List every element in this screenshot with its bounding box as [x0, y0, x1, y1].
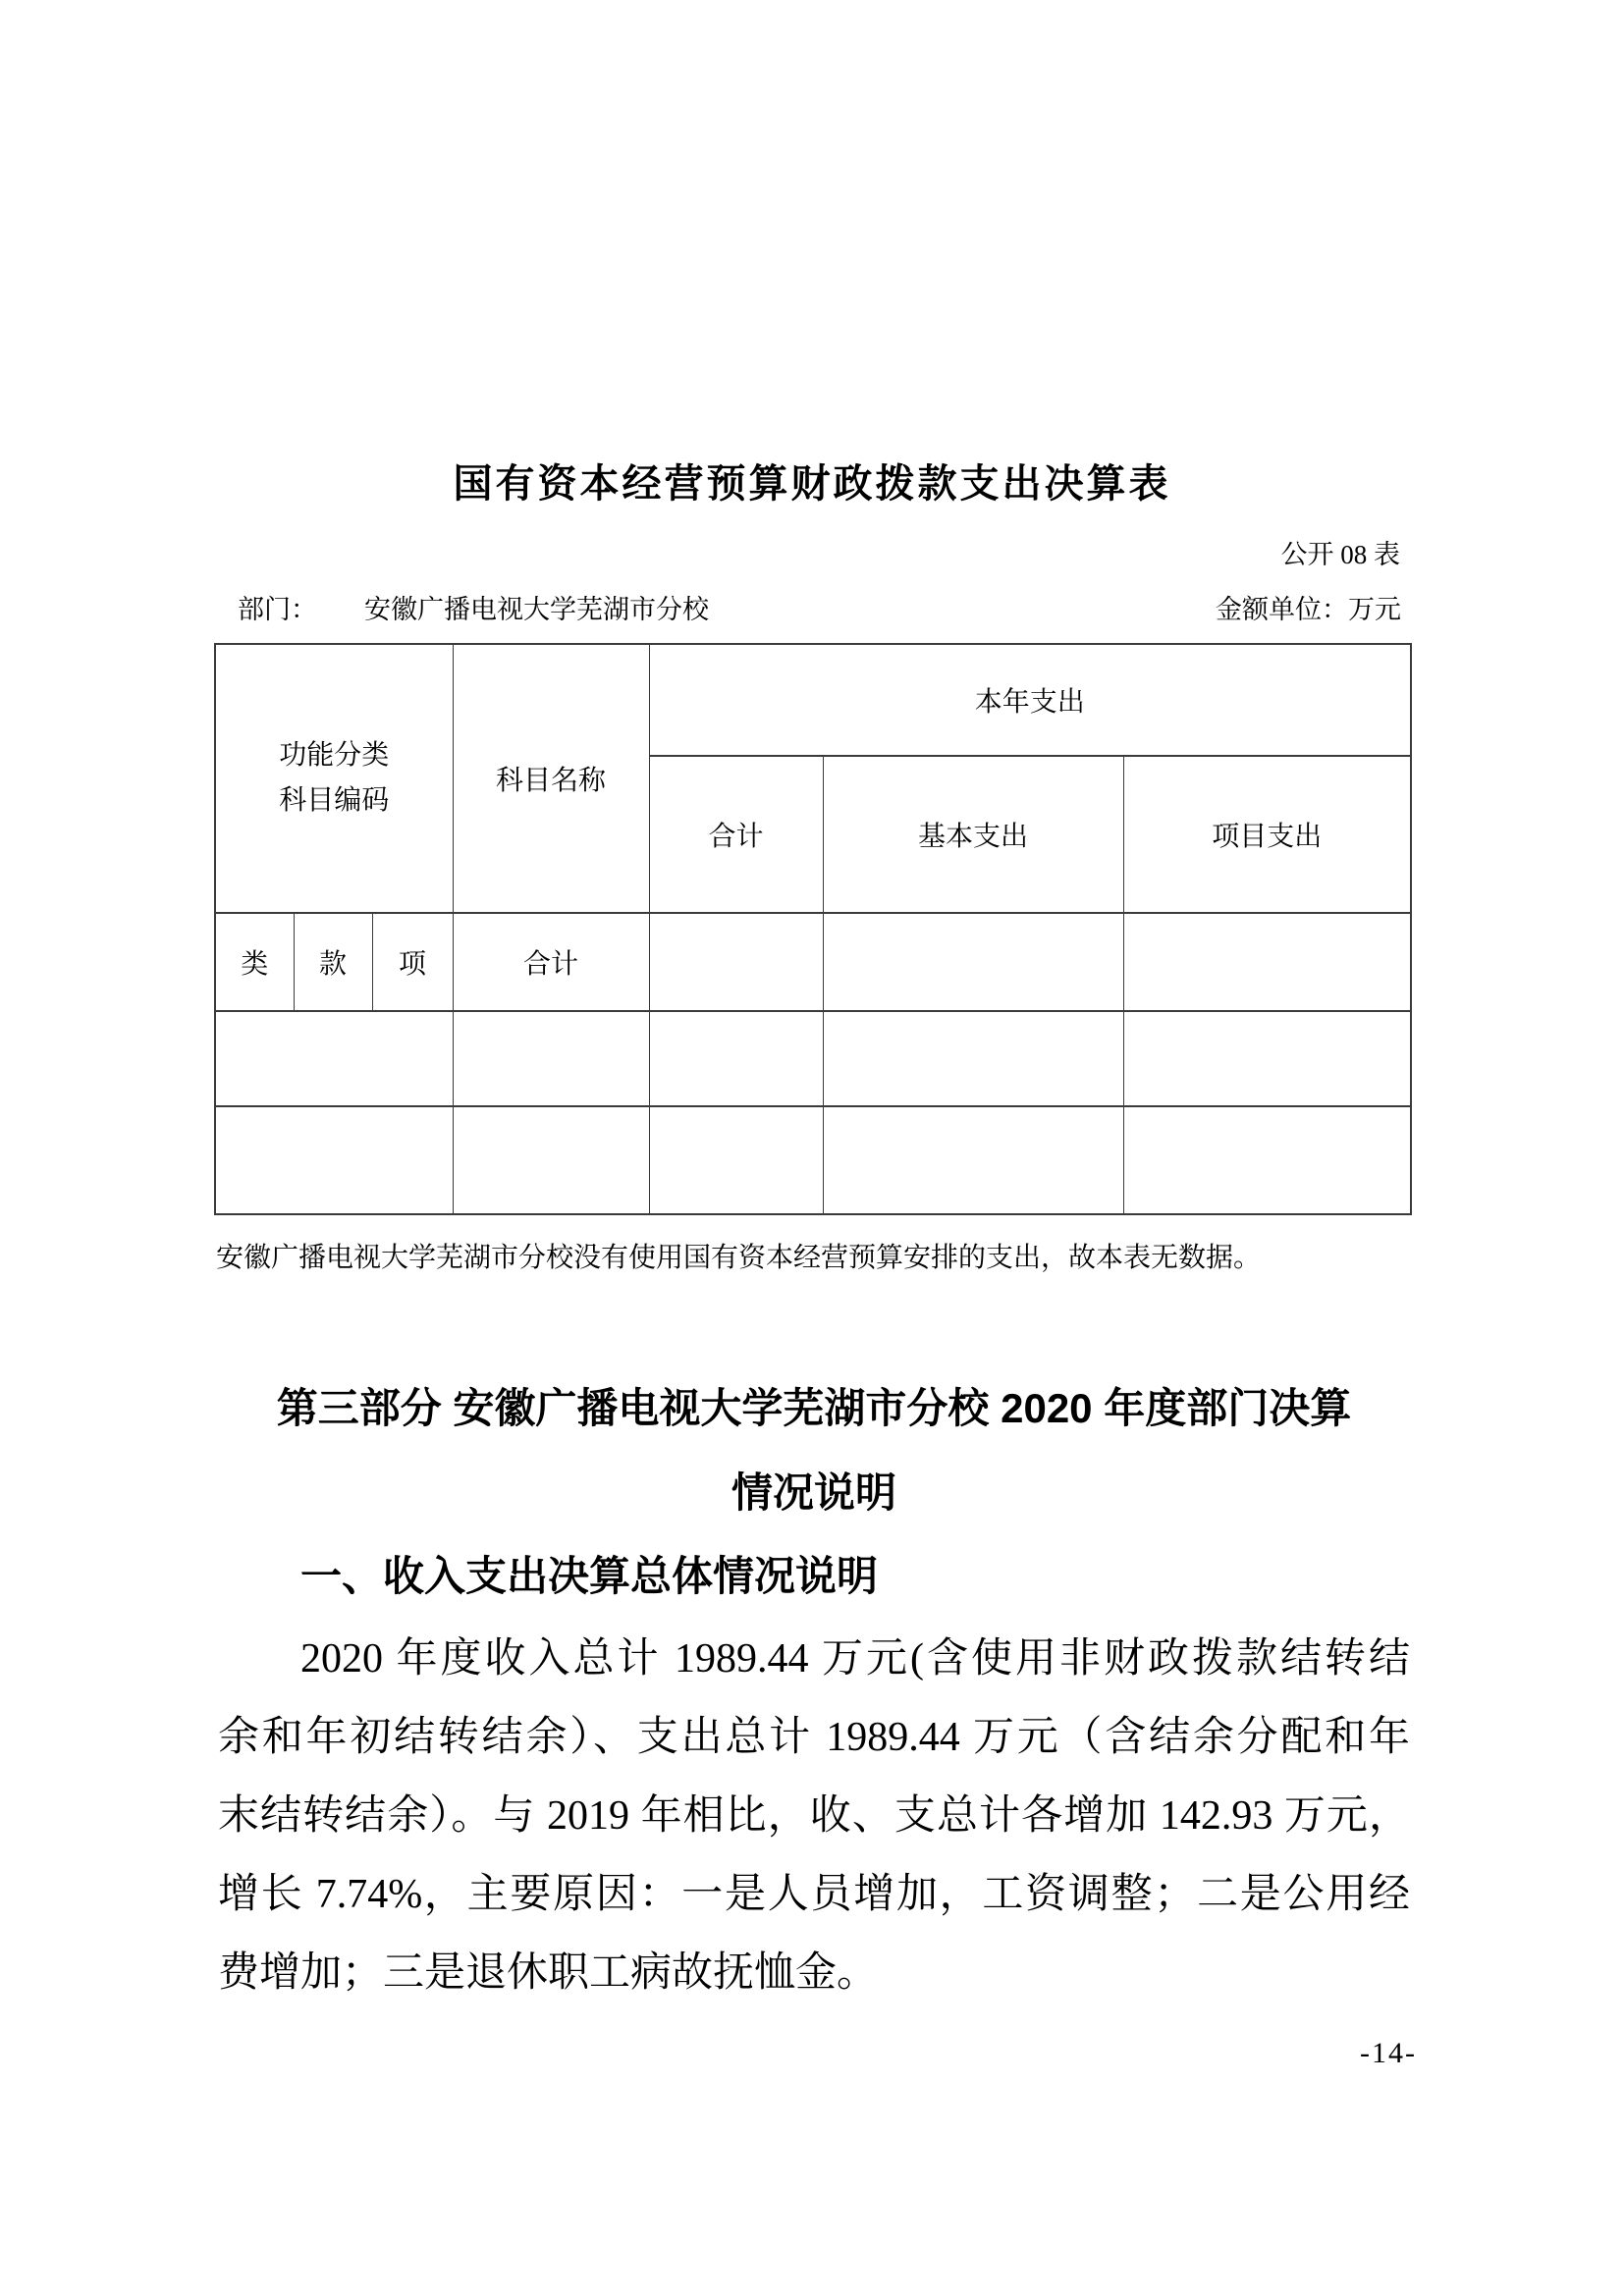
total-value-cell	[649, 913, 823, 1011]
sub-heading: 一、收入支出决算总体情况说明	[300, 1549, 878, 1604]
basic-value-cell	[823, 1011, 1123, 1106]
budget-table: 功能分类 科目编码 科目名称 本年支出 合计 基本支出 项目支出 类 款 项 合…	[214, 643, 1412, 1215]
department-value: 安徽广播电视大学芜湖市分校	[364, 595, 709, 624]
paragraph-line: 余和年初结转结余）、支出总计 1989.44 万元（含结余分配和年	[218, 1710, 1410, 1765]
page-number: -14-	[1360, 2034, 1417, 2073]
basic-value-cell	[823, 1106, 1123, 1214]
code-value-cell	[215, 1011, 453, 1106]
table-code-label: 公开 08 表	[1281, 538, 1401, 571]
section-heading-line2: 情况说明	[218, 1467, 1410, 1520]
func-code-header-line1: 功能分类	[216, 733, 453, 778]
unit-label: 金额单位：万元	[1216, 592, 1401, 627]
section-heading-line1: 第三部分 安徽广播电视大学芜湖市分校 2020 年度部门决算	[218, 1382, 1410, 1435]
department-label: 部门：	[238, 595, 317, 624]
project-value-cell	[1123, 1011, 1411, 1106]
table-row	[215, 1011, 1411, 1106]
project-value-cell	[1123, 913, 1411, 1011]
basic-value-cell	[823, 913, 1123, 1011]
subject-name-header-cell: 科目名称	[453, 644, 649, 913]
class-header-cell: 类	[215, 913, 294, 1011]
table-row	[215, 1106, 1411, 1214]
document-page: 国有资本经营预算财政拨款支出决算表 公开 08 表 部门：安徽广播电视大学芜湖市…	[0, 0, 1624, 2296]
func-code-header-cell: 功能分类 科目编码	[215, 644, 453, 913]
func-code-header-line2: 科目编码	[216, 778, 453, 824]
paragraph-line: 末结转结余）。与 2019 年相比，收、支总计各增加 142.93 万元，	[218, 1789, 1410, 1843]
subject-value-cell	[453, 1106, 649, 1214]
project-value-cell	[1123, 1106, 1411, 1214]
total-header-cell: 合计	[649, 756, 823, 913]
total-value-cell	[649, 1011, 823, 1106]
paragraph-line: 费增加；三是退休职工病故抚恤金。	[218, 1946, 1410, 2001]
basic-expense-header-cell: 基本支出	[823, 756, 1123, 913]
year-expense-header-cell: 本年支出	[649, 644, 1411, 756]
paragraph-line: 增长 7.74%，主要原因：一是人员增加，工资调整；二是公用经	[218, 1867, 1410, 1922]
subject-total-cell: 合计	[453, 913, 649, 1011]
table-row: 类 款 项 合计	[215, 913, 1411, 1011]
code-value-cell	[215, 1106, 453, 1214]
page-title: 国有资本经营预算财政拨款支出决算表	[0, 459, 1624, 508]
total-value-cell	[649, 1106, 823, 1214]
project-expense-header-cell: 项目支出	[1123, 756, 1411, 913]
paragraph-line: 2020 年度收入总计 1989.44 万元(含使用非财政拨款结转结	[218, 1631, 1410, 1686]
header-row-1: 功能分类 科目编码 科目名称 本年支出	[215, 644, 1411, 756]
subject-value-cell	[453, 1011, 649, 1106]
item-header-cell: 项	[372, 913, 453, 1011]
table-note: 安徽广播电视大学芜湖市分校没有使用国有资本经营预算安排的支出，故本表无数据。	[216, 1239, 1261, 1276]
section-header-cell: 款	[294, 913, 372, 1011]
department-line: 部门：安徽广播电视大学芜湖市分校	[238, 592, 709, 627]
